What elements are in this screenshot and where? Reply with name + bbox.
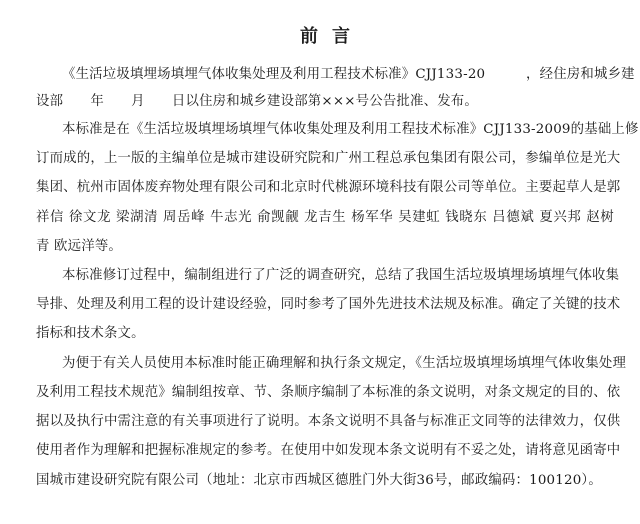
page-title: 前言: [36, 22, 614, 48]
paragraph-line: 《生活垃圾填埋场填埋气体收集处理及利用工程技术标准》CJJ133-20 ，经住房…: [36, 67, 614, 83]
paragraph-line: 使用者作为理解和把握标准规定的参考。在使用中如发现本条文说明有不妥之处，请将意见…: [36, 443, 614, 459]
paragraph-line: 集团、杭州市固体废弃物处理有限公司和北京时代桃源环境科技有限公司等单位。主要起草…: [36, 180, 614, 196]
paragraph-line: 青 欧远洋等。: [36, 239, 614, 255]
paragraph-line: 订而成的，上一版的主编单位是城市建设研究院和广州工程总承包集团有限公司，参编单位…: [36, 151, 614, 167]
paragraph-line: 及利用工程技术规范》编制组按章、节、条顺序编制了本标准的条文说明，对条文规定的目…: [36, 385, 614, 401]
paragraph-line: 国城市建设研究院有限公司（地址：北京市西城区德胜门外大街36号，邮政编码：100…: [36, 473, 614, 489]
paragraph-line: 祥信 徐文龙 梁湖清 周岳峰 牛志光 俞觊觎 龙吉生 杨军华 吴建虹 钱晓东 吕…: [36, 210, 614, 226]
paragraph-line: 据以及执行中需注意的有关事项进行了说明。本条文说明不具备与标准正文同等的法律效力…: [36, 414, 614, 430]
paragraph-line: 设部 年 月 日以住房和城乡建设部第×××号公告批准、发布。: [36, 94, 614, 110]
paragraph-line: 本标准是在《生活垃圾填埋场填埋气体收集处理及利用工程技术标准》CJJ133-20…: [36, 122, 614, 138]
paragraph-line: 导排、处理及利用工程的设计建设经验，同时参考了国外先进技术法规及标准。确定了关键…: [36, 297, 614, 313]
paragraph-line: 为便于有关人员使用本标准时能正确理解和执行条文规定，《生活垃圾填埋场填埋气体收集…: [36, 356, 614, 372]
paragraph-line: 本标准修订过程中，编制组进行了广泛的调查研究，总结了我国生活垃圾填埋场填埋气体收…: [36, 268, 614, 284]
paragraph-line: 指标和技术条文。: [36, 326, 614, 342]
